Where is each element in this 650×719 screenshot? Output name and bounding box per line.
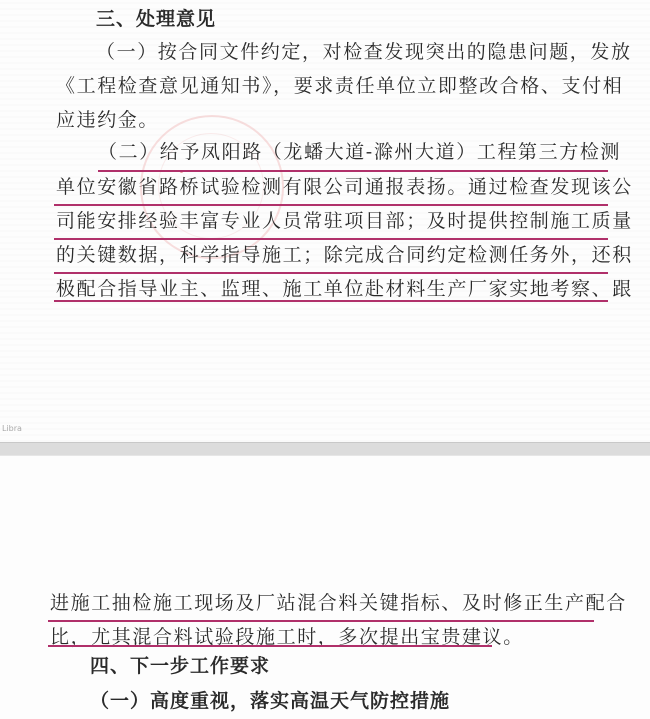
highlighted-paragraph-line: 的关键数据，科学指导施工；除完成合同约定检测任务外，还积: [56, 243, 633, 267]
document-page-bottom: 进施工抽检施工现场及厂站混合料关键指标、及时修正生产配合 比，尤其混合料试验段施…: [0, 456, 650, 719]
underline-mark: [48, 620, 594, 622]
highlighted-paragraph-line: （二）给予凤阳路（龙蟠大道-滁州大道）工程第三方检测: [98, 140, 621, 164]
underline-mark: [98, 170, 608, 172]
underline-mark: [48, 645, 492, 647]
page-break-separator: [0, 442, 650, 456]
underline-mark: [54, 300, 608, 302]
paragraph-line: 《工程检查意见通知书》，要求责任单位立即整改合格、支付相: [56, 74, 623, 98]
scan-footer-mark: Libra: [2, 424, 22, 433]
section-heading-4: 四、下一步工作要求: [90, 654, 270, 678]
underline-mark: [54, 204, 608, 206]
underline-mark: [54, 238, 608, 240]
document-page-top: 三、处理意见 （一）按合同文件约定，对检查发现突出的隐患问题，发放 《工程检查意…: [0, 0, 650, 442]
subsection-heading: （一）高度重视，落实高温天气防控措施: [90, 689, 450, 713]
paragraph-line: （一）按合同文件约定，对检查发现突出的隐患问题，发放: [96, 40, 632, 64]
paragraph-line: 应违约金。: [56, 108, 159, 132]
highlighted-paragraph-line: 司能安排经验丰富专业人员常驻项目部；及时提供控制施工质量: [56, 209, 633, 233]
section-heading-3: 三、处理意见: [96, 7, 216, 31]
highlighted-paragraph-line: 进施工抽检施工现场及厂站混合料关键指标、及时修正生产配合: [50, 591, 627, 615]
underline-mark: [54, 272, 608, 274]
highlighted-paragraph-line: 单位安徽省路桥试验检测有限公司通报表扬。通过检查发现该公: [56, 175, 633, 199]
highlighted-paragraph-line: 极配合指导业主、监理、施工单位赴材料生产厂家实地考察、跟: [56, 277, 633, 301]
